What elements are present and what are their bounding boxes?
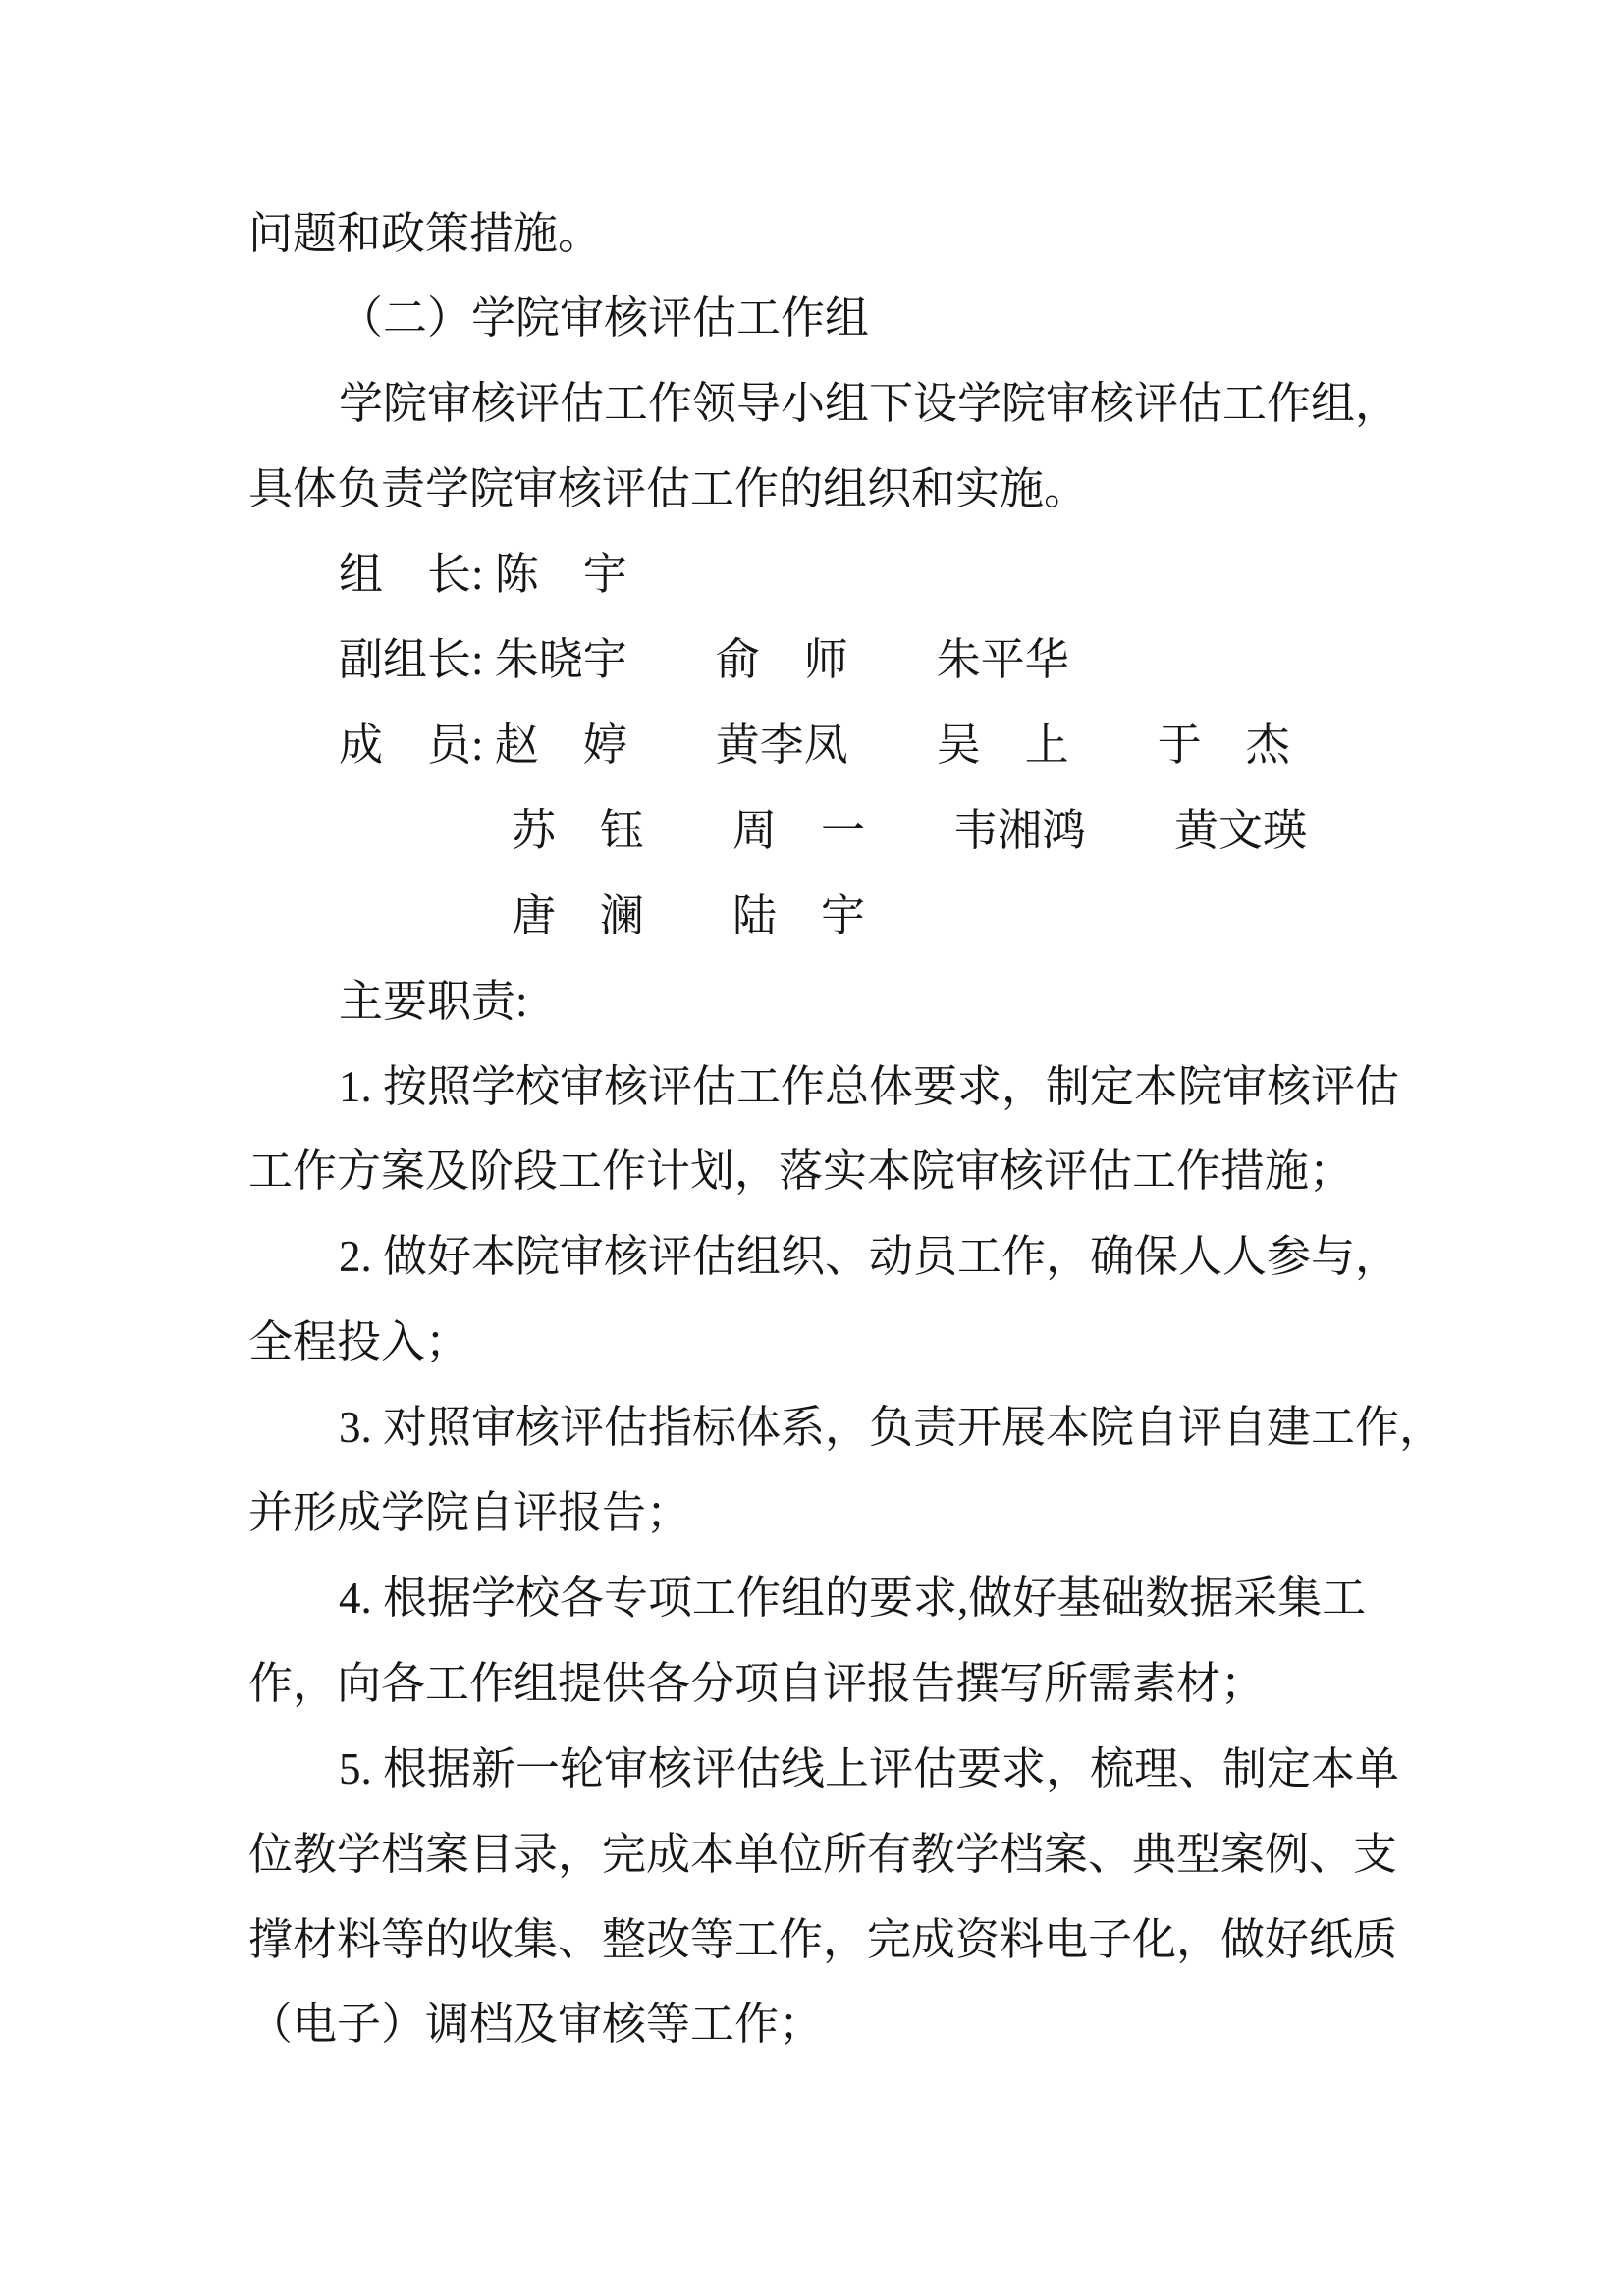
document-line-5: 组 长: 陈 宇 (339, 549, 627, 600)
document-line-14: 全程投入； (248, 1316, 469, 1367)
document-line-19: 5. 根据新一轮审核评估线上评估要求，梳理、制定本单 (339, 1743, 1399, 1794)
document-line-2: （二）学院审核评估工作组 (339, 293, 869, 344)
document-page: 问题和政策措施。（二）学院审核评估工作组学院审核评估工作领导小组下设学院审核评估… (0, 0, 1624, 2296)
document-line-8: 苏 钰 周 一 韦湘鸿 黄文瑛 (512, 805, 1307, 856)
document-line-9: 唐 澜 陆 宇 (512, 890, 865, 941)
document-line-3: 学院审核评估工作领导小组下设学院审核评估工作组， (339, 378, 1399, 429)
document-line-17: 4. 根据学校各专项工作组的要求,做好基础数据采集工 (339, 1573, 1366, 1624)
document-line-4: 具体负责学院审核评估工作的组织和实施。 (248, 463, 1088, 514)
document-line-13: 2. 做好本院审核评估组织、动员工作，确保人人参与， (339, 1231, 1399, 1282)
document-line-6: 副组长: 朱晓宇 俞 师 朱平华 (339, 634, 1069, 685)
document-line-16: 并形成学院自评报告； (248, 1487, 690, 1538)
document-line-18: 作，向各工作组提供各分项自评报告撰写所需素材； (248, 1658, 1265, 1709)
document-line-22: （电子）调档及审核等工作； (248, 1999, 823, 2050)
document-line-15: 3. 对照审核评估指标体系，负责开展本院自评自建工作， (339, 1402, 1443, 1453)
document-line-10: 主要职责: (339, 976, 528, 1027)
document-line-7: 成 员: 赵 婷 黄李凤 吴 上 于 杰 (339, 720, 1290, 771)
document-line-21: 撑材料等的收集、整改等工作，完成资料电子化，做好纸质 (248, 1914, 1397, 1965)
document-line-20: 位教学档案目录，完成本单位所有教学档案、典型案例、支 (248, 1829, 1397, 1880)
document-line-12: 工作方案及阶段工作计划，落实本院审核评估工作措施； (248, 1146, 1353, 1197)
document-line-11: 1. 按照学校审核评估工作总体要求，制定本院审核评估 (339, 1061, 1399, 1112)
document-line-1: 问题和政策措施。 (248, 208, 602, 259)
